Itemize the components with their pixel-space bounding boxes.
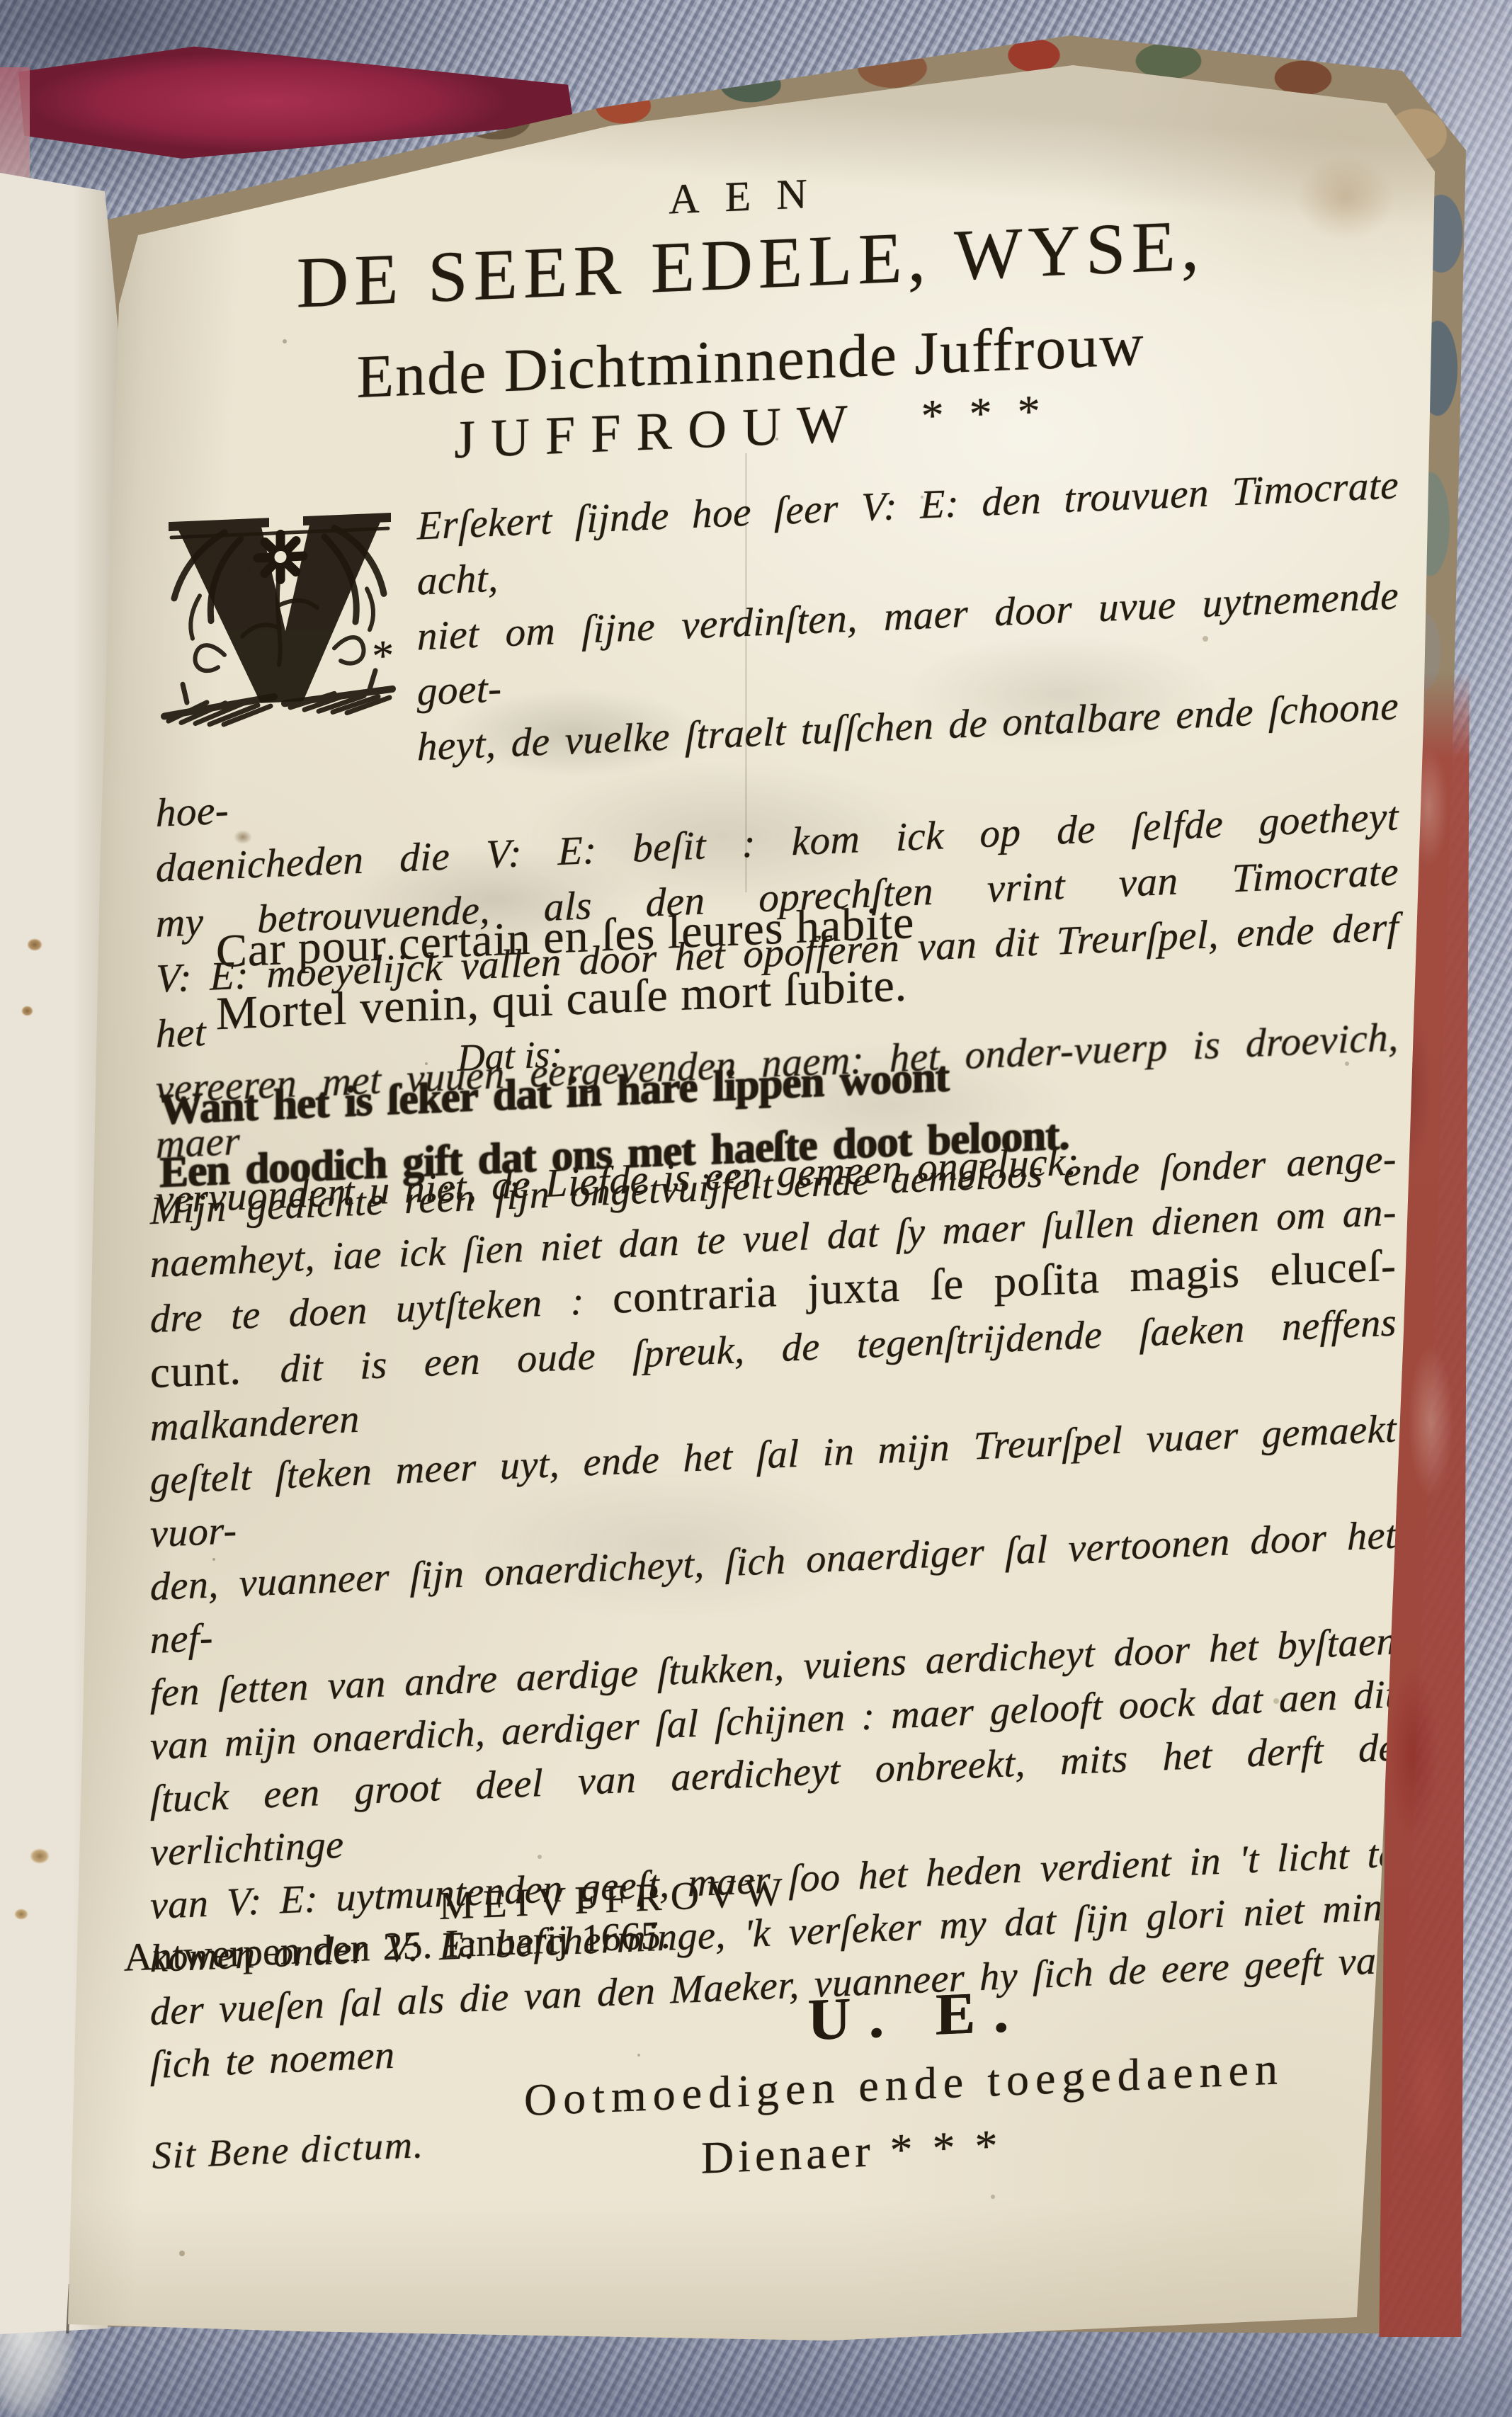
woodcut-initial-svg: * (157, 481, 402, 730)
motto-sit-bene-dictum: Sit Bene dictum. (152, 2122, 424, 2178)
worm-hole (27, 938, 42, 951)
latin-quotation-end: cunt. (150, 1343, 280, 1398)
printed-text-block: AEN DE SEER EDELE, WYSE, Ende Dichtminne… (120, 95, 1409, 2387)
anonymity-asterisks: * * * (921, 385, 1047, 440)
woodcut-flower (258, 533, 303, 581)
woodcut-asterisk: * (370, 632, 392, 681)
worm-hole (21, 1006, 33, 1016)
worm-hole (30, 1848, 50, 1864)
book-page: AEN DE SEER EDELE, WYSE, Ende Dichtminne… (0, 0, 1512, 2417)
closing-ue: U. E. (807, 1977, 1027, 2054)
decorated-initial-v-woodcut: * (157, 481, 402, 730)
photo-of-book-page: { "photo": { "subject": "17th-century bo… (0, 0, 1512, 2417)
worm-hole (14, 1909, 28, 1920)
closing-humble-servant-line2: Dienaer * * * (701, 2120, 1002, 2185)
